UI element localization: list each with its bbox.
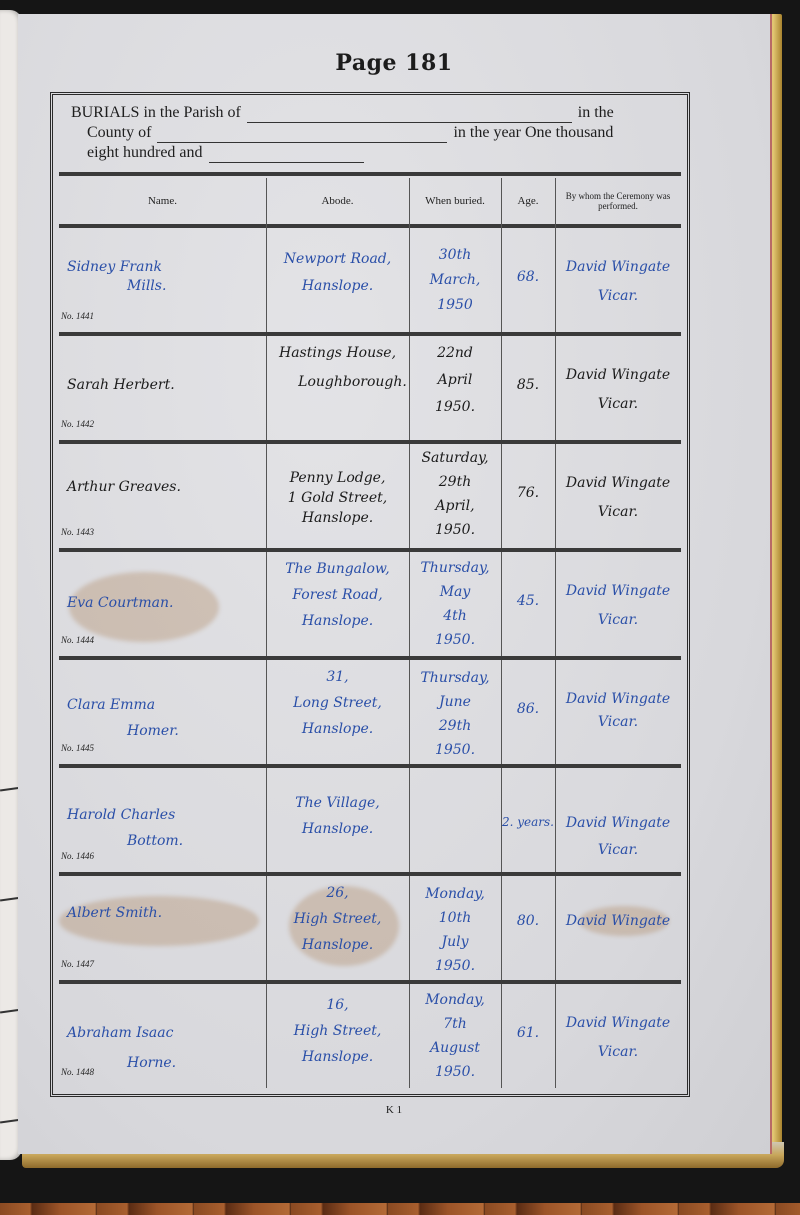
- entry-abode-line: Hanslope.: [266, 716, 409, 742]
- entry-age: 86.: [501, 700, 555, 719]
- entry-date-line: June: [409, 690, 501, 714]
- entry-name-line1: Arthur Greaves.: [67, 479, 181, 495]
- entry-date-line: Monday,: [409, 988, 501, 1012]
- county-blank-field: [157, 128, 447, 143]
- entry-abode-line: Long Street,: [266, 690, 409, 716]
- table-row: Sarah Herbert. No. 1442 Hastings House,L…: [59, 336, 681, 440]
- entry-abode-line: High Street,: [266, 1018, 409, 1044]
- entry-number: No. 1446: [61, 847, 94, 866]
- table-row: Abraham IsaacHorne. No. 1448 16,High Str…: [59, 984, 681, 1088]
- entry-officiant-title: Vicar.: [555, 713, 681, 732]
- column-header-age: Age.: [501, 178, 555, 224]
- parish-blank-field: [247, 108, 572, 123]
- entry-officiant-title: Vicar.: [555, 611, 681, 630]
- heading-parish-suffix: in the: [578, 104, 614, 121]
- entry-officiant-title: Vicar.: [555, 287, 681, 306]
- entry-officiant: David Wingate: [555, 582, 681, 601]
- entry-date-line: 30th: [409, 246, 501, 265]
- heading-parish-label: BURIALS in the Parish of: [71, 104, 241, 121]
- burial-register-table: BURIALS in the Parish of in the County o…: [50, 92, 690, 1097]
- entry-name-line2: Homer.: [67, 718, 257, 744]
- entry-date-line: Thursday,: [409, 666, 501, 690]
- entry-date-line: 29th: [409, 714, 501, 738]
- header-top-rule: [59, 172, 681, 176]
- entry-name-line2: Mills.: [67, 277, 257, 296]
- page-title: Page 181: [18, 50, 770, 76]
- entry-officiant: David Wingate: [555, 1014, 681, 1033]
- table-row: Albert Smith. No. 1447 26,High Street,Ha…: [59, 876, 681, 980]
- entry-officiant-title: Vicar.: [555, 1043, 681, 1062]
- register-page: Page 181 BURIALS in the Parish of in the…: [18, 14, 772, 1154]
- entry-officiant-title: Vicar.: [555, 395, 681, 414]
- entry-age: 68.: [501, 268, 555, 287]
- entry-officiant: David Wingate: [555, 258, 681, 277]
- entry-name-line2: Horne.: [67, 1048, 257, 1078]
- entry-abode-line: High Street,: [266, 906, 409, 932]
- entry-number: No. 1447: [61, 955, 94, 974]
- entry-officiant: David Wingate: [555, 474, 681, 493]
- entry-officiant-title: Vicar.: [555, 841, 681, 860]
- entry-name-line1: Albert Smith.: [67, 905, 162, 921]
- table-row: Harold CharlesBottom. No. 1446 The Villa…: [59, 768, 681, 872]
- entry-date-line: 10th: [409, 906, 501, 930]
- heading-county-label: County of: [87, 124, 151, 141]
- entry-age: 85.: [501, 376, 555, 395]
- entry-abode-line: Loughborough.: [266, 373, 409, 392]
- entry-date-line: April,: [409, 494, 501, 518]
- heading-year-text: in the year One thousand: [453, 124, 613, 141]
- entry-number: No. 1441: [61, 307, 94, 326]
- entry-date-line: August: [409, 1036, 501, 1060]
- entry-abode-line: Hanslope.: [266, 608, 409, 634]
- entry-name-line1: Harold Charles: [67, 807, 175, 823]
- entry-abode-line: 1 Gold Street,: [266, 488, 409, 508]
- form-heading: BURIALS in the Parish of in the County o…: [71, 103, 671, 163]
- entry-age: 80.: [501, 912, 555, 931]
- entry-date-line: 4th: [409, 604, 501, 628]
- entry-date-line: 1950.: [409, 1060, 501, 1084]
- entry-abode-line: Forest Road,: [266, 582, 409, 608]
- entry-abode-line: Hanslope.: [266, 1044, 409, 1070]
- entry-abode-line: Newport Road,: [266, 250, 409, 269]
- table-row: Arthur Greaves. No. 1443 Penny Lodge,1 G…: [59, 444, 681, 548]
- entry-abode-line: 31,: [266, 664, 409, 690]
- entry-officiant: David Wingate: [555, 690, 681, 709]
- entry-abode-line: Hanslope.: [266, 932, 409, 958]
- entry-abode-line: Hastings House,: [266, 344, 409, 363]
- entry-date-line: March,: [409, 271, 501, 290]
- entry-date-line: 1950.: [409, 954, 501, 978]
- entry-date-line: 1950.: [409, 738, 501, 762]
- entry-date-line: May: [409, 580, 501, 604]
- entry-date-line: 29th: [409, 470, 501, 494]
- entry-date-line: Monday,: [409, 882, 501, 906]
- entry-name-line1: Sidney Frank: [67, 259, 162, 275]
- entry-name-line1: Abraham Isaac: [67, 1025, 173, 1041]
- entry-abode-line: Hanslope.: [266, 816, 409, 842]
- entry-age: 2. years.: [501, 814, 555, 830]
- entry-age: 45.: [501, 592, 555, 611]
- entry-abode-line: The Village,: [266, 790, 409, 816]
- entry-age: 76.: [501, 484, 555, 503]
- table-row: Eva Courtman. No. 1444 The Bungalow,Fore…: [59, 552, 681, 656]
- entry-officiant: David Wingate: [555, 814, 681, 833]
- entry-abode-line: The Bungalow,: [266, 556, 409, 582]
- entry-number: No. 1443: [61, 523, 94, 542]
- entry-date-line: 1950: [409, 296, 501, 315]
- entry-number: No. 1444: [61, 631, 94, 650]
- entry-age: 61.: [501, 1024, 555, 1043]
- column-header-by-whom: By whom the Ceremony was performed.: [555, 178, 681, 224]
- year-blank-field: [209, 148, 364, 163]
- column-header-name: Name.: [59, 178, 266, 224]
- column-header-abode: Abode.: [266, 178, 409, 224]
- entry-date-line: 22nd: [409, 344, 501, 363]
- entry-officiant: David Wingate: [555, 366, 681, 385]
- entry-abode-line: Hanslope.: [266, 508, 409, 528]
- entry-date-line: July: [409, 930, 501, 954]
- signature-mark: K 1: [18, 1104, 770, 1116]
- table-row: Clara EmmaHomer. No. 1445 31,Long Street…: [59, 660, 681, 764]
- entry-date-empty: [409, 768, 501, 872]
- entry-abode-line: Hanslope.: [266, 277, 409, 296]
- entry-date-line: 7th: [409, 1012, 501, 1036]
- entry-abode-line: Penny Lodge,: [266, 468, 409, 488]
- entry-number: No. 1448: [61, 1063, 94, 1082]
- entry-name-line1: Eva Courtman.: [67, 595, 174, 611]
- entry-date-line: Saturday,: [409, 446, 501, 470]
- entry-abode-line: 26,: [266, 880, 409, 906]
- entry-officiant: David Wingate: [555, 912, 681, 931]
- entry-date-line: 1950.: [409, 518, 501, 542]
- entry-abode-line: 16,: [266, 992, 409, 1018]
- entry-date-line: 1950.: [409, 398, 501, 417]
- entry-officiant-title: Vicar.: [555, 503, 681, 522]
- entry-date-line: 1950.: [409, 628, 501, 652]
- entry-name-line1: Sarah Herbert.: [67, 377, 175, 393]
- entry-date-line: Thursday,: [409, 556, 501, 580]
- heading-century-label: eight hundred and: [87, 144, 203, 161]
- wooden-table-surface: [0, 1203, 800, 1215]
- table-row: Sidney FrankMills. No. 1441 Newport Road…: [59, 228, 681, 332]
- entry-name-line1: Clara Emma: [67, 697, 155, 713]
- entry-number: No. 1445: [61, 739, 94, 758]
- entry-name-line2: Bottom.: [67, 828, 257, 854]
- entry-date-line: April: [409, 371, 501, 390]
- entry-number: No. 1442: [61, 415, 94, 434]
- column-header-row: Name. Abode. When buried. Age. By whom t…: [59, 178, 681, 224]
- column-header-when-buried: When buried.: [409, 178, 501, 224]
